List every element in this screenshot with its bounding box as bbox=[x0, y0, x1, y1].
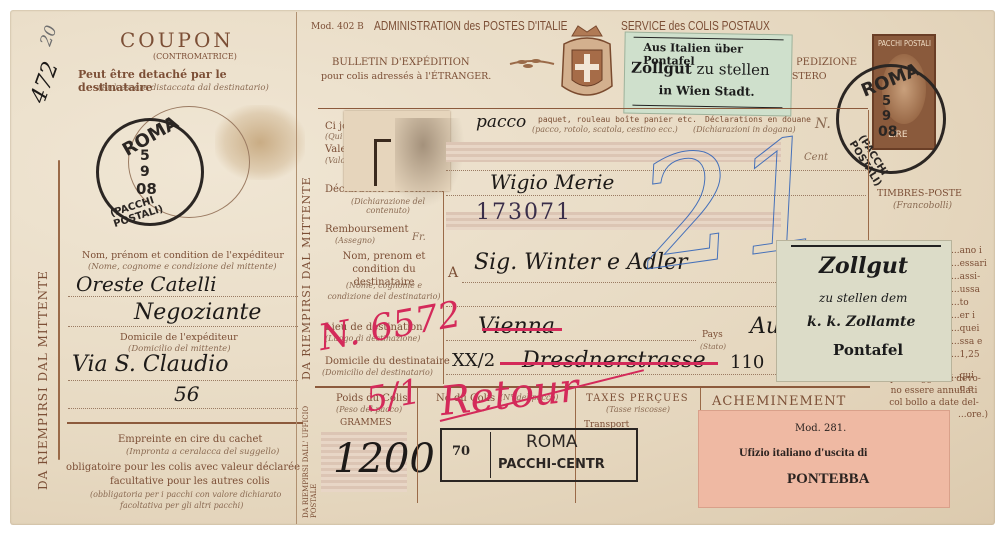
note-line: ...essari bbox=[951, 258, 996, 271]
contents-hand: Wigio Merie bbox=[490, 170, 614, 194]
stamps-label: TIMBRES-POSTE bbox=[877, 188, 962, 199]
model-number: Mod. 402 B bbox=[311, 22, 364, 32]
note-line: ...to bbox=[951, 297, 996, 310]
form-line bbox=[446, 340, 696, 341]
address-strike bbox=[500, 362, 718, 365]
postmark-day: 5 bbox=[140, 148, 150, 164]
exit-label-model: Mod. 281. bbox=[795, 423, 846, 434]
stamp-area-divider bbox=[868, 110, 869, 240]
destination-strike bbox=[482, 328, 562, 331]
package-type-label: paquet, rouleau boîte panier etc. bbox=[538, 115, 697, 124]
domicile-line-1: Via S. Claudio bbox=[72, 352, 228, 377]
note-line: ...er i bbox=[951, 310, 996, 323]
customs-right-line1: Zollgut bbox=[819, 253, 908, 279]
label-rule-top bbox=[634, 37, 784, 41]
cod-label-it: (Assegno) bbox=[335, 236, 375, 245]
taxes-label-it: (Tasse riscosse) bbox=[606, 405, 670, 414]
domicile-label: Domicile de l'expéditeur bbox=[120, 332, 238, 343]
admin-title: ADMINISTRATION des POSTES D'ITALIE bbox=[374, 19, 568, 33]
taxes-label: TAXES PERÇUES bbox=[586, 393, 689, 404]
customs-label-zollgut: Zollgut zu stellen bbox=[631, 59, 770, 79]
customs-label-line3: in Wien Stadt. bbox=[659, 83, 755, 99]
seal-label: Empreinte en cire du cachet bbox=[118, 434, 262, 445]
postmark-left: ROMA 5 9 08 (PACCHI POSTALI) bbox=[96, 118, 204, 226]
postmark-year: 08 bbox=[878, 124, 897, 140]
domicile-line-2-rule bbox=[68, 408, 298, 409]
domicile-line-2: 56 bbox=[174, 382, 199, 406]
margin-note: 472 bbox=[26, 58, 64, 106]
address-number: 110 bbox=[730, 352, 764, 373]
customs-label-wien: Aus Italien über Pontafel Zollgut zu ste… bbox=[623, 32, 792, 117]
coat-of-arms-icon bbox=[552, 22, 622, 104]
cod-label: Remboursement bbox=[325, 224, 408, 235]
bulletin-title: BULLETIN D'EXPÉDITION bbox=[332, 57, 470, 68]
exit-office-label: Mod. 281. Ufizio italiano d'uscita di PO… bbox=[698, 410, 950, 508]
sender-line-2 bbox=[68, 326, 298, 327]
box-postmark: 70 ROMA PACCHI-CENTR bbox=[440, 428, 638, 482]
customs-label-zu-stellen: zu stellen bbox=[696, 60, 769, 79]
package-type-hand: pacco bbox=[476, 112, 526, 132]
box-postmark-office: PACCHI-CENTR bbox=[498, 457, 605, 472]
postage-header: PACCHI POSTALI bbox=[878, 39, 931, 48]
label-rule-top bbox=[791, 245, 941, 247]
coupon-divider bbox=[296, 12, 297, 524]
coupon-section: 20 472 COUPON (CONTROMATRICE) Peut être … bbox=[10, 10, 300, 525]
note-line: ...assi- bbox=[951, 271, 996, 284]
country-label: Pays bbox=[702, 330, 723, 340]
sender-line-1 bbox=[68, 296, 298, 297]
routing-label: ACHEMINEMENT bbox=[712, 394, 846, 409]
seal-note-2: facultative pour les autres colis bbox=[110, 476, 270, 487]
seal-note-it-1: (obbligatoria per i pacchi con valore di… bbox=[90, 490, 281, 499]
seal-note-it-2: facoltativa per gli altri pacchi) bbox=[120, 501, 243, 510]
address-prefix: XX/2 bbox=[452, 350, 495, 371]
recipient-prefix: A bbox=[448, 265, 458, 281]
postmark-month: 9 bbox=[882, 109, 891, 124]
note-line: no essere annullati bbox=[874, 385, 994, 397]
sender-name: Oreste Catelli bbox=[76, 272, 217, 296]
coupon-detach-note-it: (Può essere distaccata dal destinatario) bbox=[98, 83, 269, 93]
form-line bbox=[446, 306, 776, 307]
postmark-right: ROMA 5 9 08 (PACCHI POSTALI) bbox=[836, 64, 946, 174]
customs-right-line4: Pontafel bbox=[833, 341, 903, 359]
laurel-branch-icon bbox=[508, 56, 556, 72]
seal-note-1: obligatoire pour les colis avec valeur d… bbox=[66, 462, 300, 473]
note-line: ...ussa bbox=[951, 284, 996, 297]
note-line: col bollo a date del- bbox=[874, 397, 994, 409]
note-line: ...ssa e bbox=[951, 336, 996, 349]
destination-hand: Vienna bbox=[478, 314, 555, 339]
note-line: ...ano i bbox=[951, 245, 996, 258]
customs-label-zollgut-bold: Zollgut bbox=[631, 59, 692, 78]
note-line: ...quei bbox=[951, 323, 996, 336]
coupon-vertical-label: DA RIEMPIRSI DAL MITTENTE bbox=[36, 210, 50, 490]
weight-value: 1200 bbox=[333, 436, 435, 482]
serial-number: 173071 bbox=[476, 200, 572, 225]
weight-unit: GRAMMES bbox=[340, 418, 392, 428]
coupon-title: COUPON bbox=[120, 28, 234, 52]
sender-condition: Negoziante bbox=[134, 300, 261, 325]
margin-note-top: 20 bbox=[36, 23, 61, 49]
postmark-day: 5 bbox=[882, 94, 891, 109]
bulletin-vertical-label-office: DA RIEMPIRSI DALL' UFFICIO POSTALE bbox=[302, 396, 318, 518]
box-postmark-number: 70 bbox=[452, 444, 470, 459]
box-postmark-divider bbox=[490, 432, 491, 478]
sender-label: Nom, prénom et condition de l'expéditeur bbox=[82, 250, 284, 261]
postmark-month: 9 bbox=[140, 164, 150, 180]
customs-label-pontafel: Zollgut zu stellen dem k. k. Zollamte Po… bbox=[776, 240, 952, 382]
customs-right-line2: zu stellen dem bbox=[819, 291, 907, 305]
exit-label-line1: Ufizio italiano d'uscita di bbox=[739, 445, 867, 460]
note-line: ...1,25 bbox=[951, 349, 996, 362]
coupon-seal-rule bbox=[67, 422, 303, 424]
bulletin-header-rule bbox=[318, 108, 868, 109]
domicile-line-1-rule bbox=[68, 380, 298, 381]
bracket-mark bbox=[374, 139, 391, 186]
seal-label-it: (Impronta a ceralacca del suggello) bbox=[126, 447, 279, 457]
cod-unit: Fr. bbox=[412, 232, 426, 243]
coupon-subtitle: (CONTROMATRICE) bbox=[153, 52, 237, 61]
stamps-label-it: (Francobolli) bbox=[893, 201, 952, 211]
recipient-domicile-label: Domicile du destinataire bbox=[325, 356, 450, 367]
coupon-left-rule bbox=[58, 160, 60, 460]
customs-right-line3: k. k. Zollamte bbox=[807, 314, 915, 330]
bulletin-subtitle: pour colis adressés à l'ÉTRANGER. bbox=[321, 71, 491, 82]
exit-label-line2: PONTEBBA bbox=[787, 471, 870, 488]
sender-label-it: (Nome, cognome e condizione del mittente… bbox=[88, 262, 277, 272]
box-postmark-city: ROMA bbox=[526, 432, 578, 452]
bulletin-vertical-label: DA RIEMPIRSI DAL MITTENTE bbox=[300, 120, 313, 380]
